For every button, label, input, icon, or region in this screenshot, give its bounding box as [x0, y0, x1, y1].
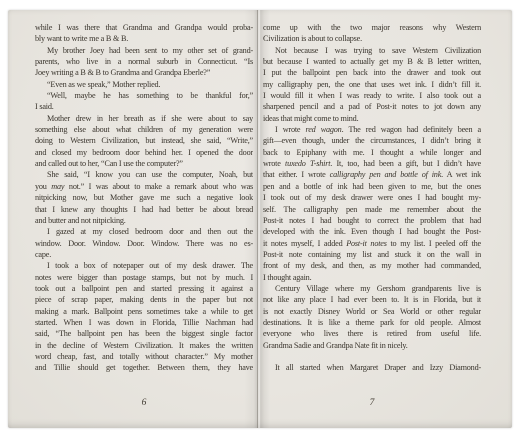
- paragraph: I took a box of notepaper out of my desk…: [35, 260, 253, 373]
- text-line: back to Epiphany with me. I thought a wh…: [263, 147, 481, 158]
- text-line: word cheap, fast, and totally without ch…: [35, 351, 253, 362]
- text-line: doing to Western Civilization, but inste…: [35, 135, 253, 146]
- text-line: It all started when Margaret Draper and …: [263, 362, 481, 373]
- text-line: Mother drew in her breath as if she were…: [35, 113, 253, 124]
- book-spread: while I was there that Grandma and Grand…: [0, 0, 520, 435]
- text-line: notes were bigger than postage stamps, b…: [35, 272, 253, 283]
- paragraph: “Well, maybe he has something to be than…: [35, 90, 253, 113]
- text-line: “Well, maybe he has something to be than…: [35, 90, 253, 101]
- text-line: I would fill it when I was ready to writ…: [263, 90, 481, 101]
- text-line: took out a ballpoint pen and started pre…: [35, 283, 253, 294]
- text-line: in the decline of Western Civilization. …: [35, 340, 253, 351]
- text-line: bly want to write me a B & B.: [35, 33, 253, 44]
- text-line: I took out of my desk drawer were ones I…: [263, 192, 481, 203]
- text-line: front of my desk, and then, as my mother…: [263, 260, 481, 271]
- paragraph: Mother drew in her breath as if she were…: [35, 113, 253, 170]
- text-line: come up with the two major reasons why W…: [263, 22, 481, 33]
- paragraph: I gazed at my closed bedroom door and th…: [35, 226, 253, 260]
- text-line: wrote tuxedo T-shirt. It, too, had been …: [263, 158, 481, 169]
- text-line: She said, “I know you can use the comput…: [35, 169, 253, 180]
- text-line: I took a box of notepaper out of my desk…: [35, 260, 253, 271]
- page-right-text: come up with the two major reasons why W…: [263, 22, 481, 374]
- text-line: Joey writing a B & B to Grandma and Gran…: [35, 67, 253, 78]
- text-line: you may not.” I was about to make a rema…: [35, 181, 253, 192]
- text-line: and called out to her, “Can I use the co…: [35, 158, 253, 169]
- book-scan: while I was there that Grandma and Grand…: [8, 10, 512, 428]
- text-line: while I was there that Grandma and Grand…: [35, 22, 253, 33]
- text-line: that either. I wrote calligraphy pen and…: [263, 169, 481, 180]
- paragraph: while I was there that Grandma and Grand…: [35, 22, 253, 45]
- text-line: Not because I was trying to save Western…: [263, 45, 481, 56]
- text-line: making a mark. Ballpoint pens sometimes …: [35, 306, 253, 317]
- text-line: something else about what children of my…: [35, 124, 253, 135]
- paragraph: come up with the two major reasons why W…: [263, 22, 481, 45]
- text-line: and Tillie should get together. Between …: [35, 362, 253, 373]
- text-line: piece of scrap paper, making dents in th…: [35, 294, 253, 305]
- text-line: I put the ballpoint pen back into the dr…: [263, 67, 481, 78]
- text-line: started. When I was down in Florida, Til…: [35, 317, 253, 328]
- text-line: nitpicking now, but Mother gave me such …: [35, 192, 253, 203]
- paragraph: It all started when Margaret Draper and …: [263, 362, 481, 373]
- paragraph: My brother Joey had been sent to my othe…: [35, 45, 253, 79]
- text-line: self. The calligraphy pen made me rememb…: [263, 204, 481, 215]
- text-line: I said.: [35, 101, 253, 112]
- text-line: gift—even though, under the circumstance…: [263, 135, 481, 146]
- text-line: Grandma Sadie and Grandpa Nate fit in ni…: [263, 340, 481, 351]
- paragraph: Not because I was trying to save Western…: [263, 45, 481, 124]
- text-line: Post-it note containing my list and stuc…: [263, 249, 481, 260]
- text-line: Century Village where my Gershom grandpa…: [263, 283, 481, 294]
- paragraph: Century Village where my Gershom grandpa…: [263, 283, 481, 351]
- text-line: developed with the ink. Even though I ha…: [263, 226, 481, 237]
- text-line: Civilization is about to collapse.: [263, 33, 481, 44]
- text-line: I gazed at my closed bedroom door and th…: [35, 226, 253, 237]
- text-line: cape.: [35, 249, 253, 260]
- text-line: window. Door. Window. Door. Window. Ther…: [35, 238, 253, 249]
- text-line: and butter and not nitpicking.: [35, 215, 253, 226]
- text-line: said, “The ballpoint pen has been the bi…: [35, 328, 253, 339]
- text-line: pen and a bottle of ink had been given t…: [263, 181, 481, 192]
- paragraph: I wrote red wagon. The red wagon had def…: [263, 124, 481, 283]
- text-line: and closed my bedroom door behind her. I…: [35, 147, 253, 158]
- text-line: Post-it notes I had bought to correct th…: [263, 215, 481, 226]
- text-line: everyone who lives there is retired from…: [263, 328, 481, 339]
- text-line: ideas that might come to mind.: [263, 113, 481, 124]
- text-line: but because I wanted to actually get my …: [263, 56, 481, 67]
- page-number-right: 7: [263, 398, 481, 408]
- text-line: my calligraphy pen, the one that uses we…: [263, 79, 481, 90]
- paragraph: “Even as we speak,” Mother replied.: [35, 79, 253, 90]
- text-line: destinations. It is like a theme park fo…: [263, 317, 481, 328]
- text-line: sharpened pencil and a pad of Post-it no…: [263, 101, 481, 112]
- text-line: My brother Joey had been sent to my othe…: [35, 45, 253, 56]
- text-line: that I knew any thoughts I had had bette…: [35, 204, 253, 215]
- page-left-text: while I was there that Grandma and Grand…: [35, 22, 253, 374]
- text-line: is not exactly Disney World or Sea World…: [263, 306, 481, 317]
- text-line: I thought again.: [263, 272, 481, 283]
- paragraph: She said, “I know you can use the comput…: [35, 169, 253, 226]
- text-line: it notes myself, I added Post-it notes t…: [263, 238, 481, 249]
- page-number-left: 6: [35, 398, 253, 408]
- text-line: “Even as we speak,” Mother replied.: [35, 79, 253, 90]
- text-line: I wrote red wagon. The red wagon had def…: [263, 124, 481, 135]
- text-line: parents, who live in a normal suburb in …: [35, 56, 253, 67]
- text-line: not like any place I had ever been to. I…: [263, 294, 481, 305]
